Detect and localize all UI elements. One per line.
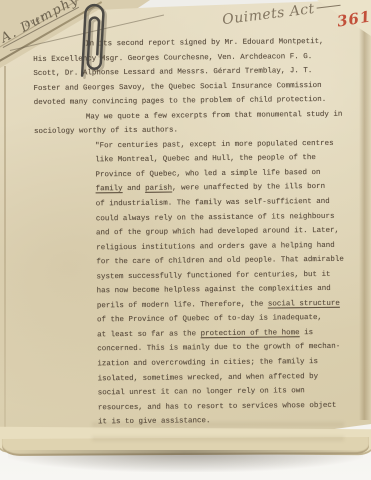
paragraph: May we quote a few excerpts from that mo… (34, 107, 346, 139)
typed-text: In its second report signed by Mr. Edoua… (33, 35, 349, 431)
page-stack-right-edge (359, 0, 371, 420)
scanned-document-photo: In its second report signed by Mr. Edoua… (0, 0, 371, 480)
stack-shadow (8, 450, 363, 472)
typed-line: resources, and has to resort to services… (98, 398, 349, 415)
page-left-edge (4, 66, 6, 442)
typed-line: it is to give assistance. (98, 413, 349, 430)
typed-line: isolated, sometimes wrecked, and when af… (98, 369, 349, 386)
paperclip-icon (66, 0, 117, 85)
quoted-excerpt: "For centuries past, except in more popu… (95, 137, 349, 431)
